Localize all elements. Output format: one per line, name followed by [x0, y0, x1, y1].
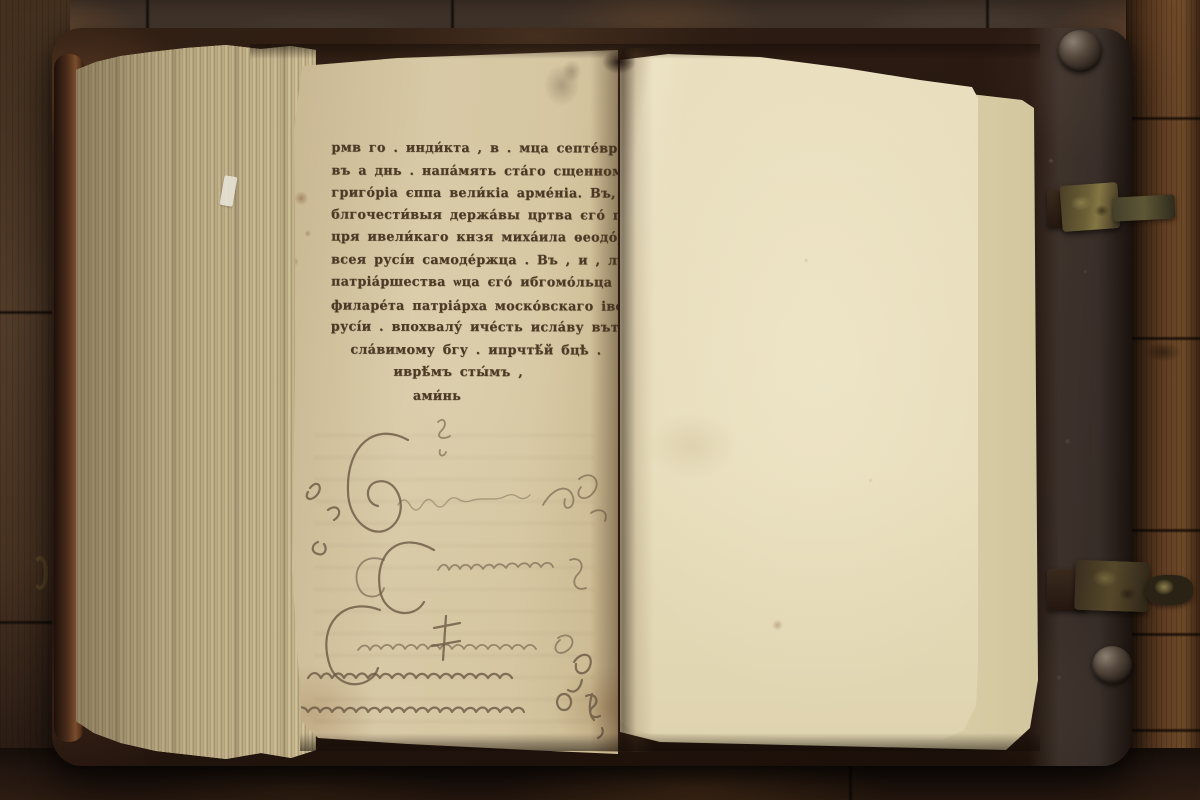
- text-line: въ а днь . напа́мять ста́го сщенномчника: [331, 161, 625, 184]
- text-line: всея русі́и самоде́ржца . Въ , и , лѣ́то: [331, 250, 625, 273]
- cursive-stroke: [570, 559, 586, 589]
- page-stack-shadow-line: [172, 44, 177, 760]
- brass-clasp-bottom: [1047, 561, 1200, 617]
- text-line: патріа́ршества ѡца єго́ ибгомо́льца кир: [331, 272, 625, 295]
- cursive-stroke: [348, 434, 408, 532]
- page-stack-fore-edge: [76, 44, 316, 760]
- text-line: филаре́та патріа́рха моско́вскаго івсея: [331, 295, 625, 318]
- photo-open-manuscript-book: рмв го . инди́кта , в . мца септе́вріа в…: [0, 0, 1200, 800]
- cursive-stroke: [438, 563, 553, 570]
- cursive-stroke: [398, 495, 530, 510]
- text-line: рмв го . инди́кта , в . мца септе́вріа: [331, 137, 625, 160]
- wood-seam: [1126, 632, 1200, 637]
- left-page: рмв го . инди́кта , в . мца септе́вріа в…: [288, 50, 618, 756]
- cursive-stroke: [294, 707, 524, 712]
- text-line: блгочести́выя держа́вы цртва єго́ гдря: [331, 205, 625, 228]
- page-bottom-shadow: [300, 733, 1040, 751]
- clasp-plate: [1059, 182, 1120, 232]
- text-line: русі́и . впохвалу́ иче́сть исла́ву вътрц…: [331, 317, 625, 340]
- wood-seam: [1126, 528, 1200, 533]
- text-line: сла́вимому бгу . ипрчтѣ́й бцѣ .: [350, 339, 624, 362]
- clasp-keeper: [1145, 575, 1193, 605]
- cursive-stroke: [432, 616, 460, 660]
- cover-edge-ring: [32, 556, 48, 590]
- cursive-stroke: [358, 645, 536, 651]
- clasp-plate: [1074, 560, 1150, 613]
- wood-seam: [1126, 116, 1200, 121]
- cursive-stroke: [379, 542, 434, 613]
- brass-clasp-top: [1047, 184, 1200, 234]
- cursive-inscription: [288, 410, 618, 756]
- clasp-extension: [1112, 194, 1175, 221]
- wood-seam: [848, 760, 853, 800]
- metal-stud-top: [1058, 30, 1102, 72]
- cursive-stroke: [326, 606, 380, 684]
- cursive-stroke: [438, 420, 450, 456]
- text-line: григо́ріа єппа вели́кіа арме́ніа. Въ, ка…: [331, 182, 625, 205]
- text-line: цря ивели́каго кнзя миха́ила ѳеодо́рович…: [331, 226, 625, 249]
- cursive-stroke: [307, 484, 339, 555]
- slavonic-text-block: рмв го . инди́кта , в . мца септе́вріа в…: [331, 137, 626, 409]
- right-page-blank: [620, 54, 978, 742]
- metal-stud-bottom: [1092, 646, 1132, 684]
- page-stack-shadow-line: [234, 44, 239, 760]
- cursive-stroke: [555, 635, 572, 653]
- gutter-shadow: [590, 48, 654, 752]
- page-top-shadow: [250, 44, 1040, 59]
- wood-seam: [1126, 728, 1200, 733]
- wood-seam: [1126, 336, 1200, 341]
- page-stack-shadow-line: [281, 44, 286, 760]
- page-stack-shadow-line: [114, 44, 119, 760]
- cursive-stroke: [568, 655, 591, 692]
